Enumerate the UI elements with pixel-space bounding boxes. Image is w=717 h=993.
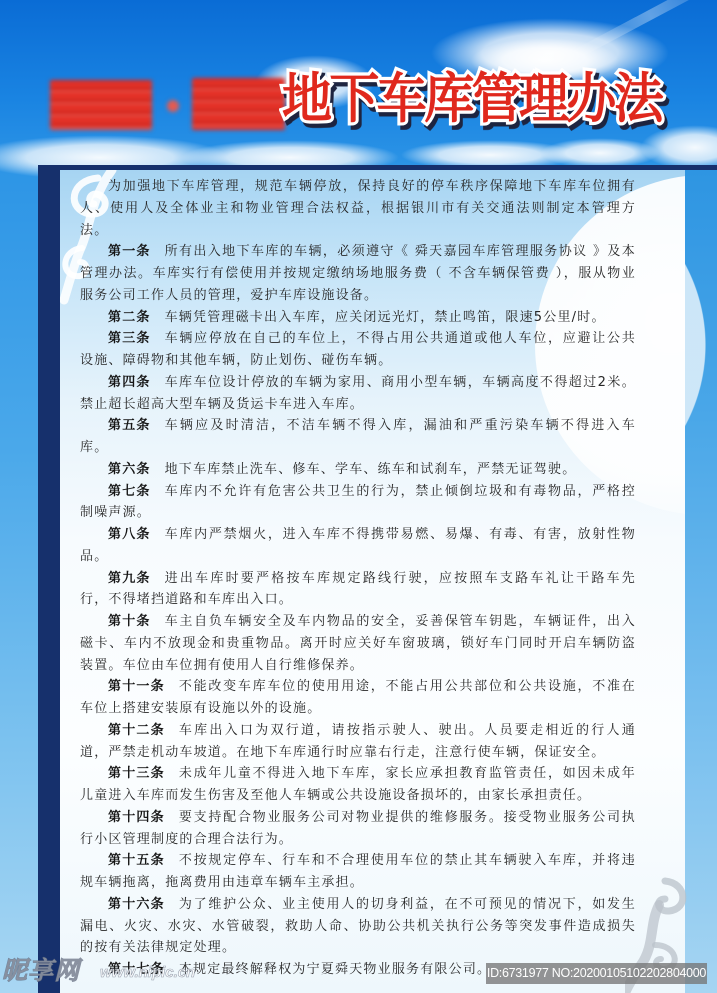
article-label: 第六条 xyxy=(108,459,151,481)
article-text: 不按规定停车、行车和不合理使用车位的禁止其车辆驶入车库，并将违 xyxy=(179,850,636,872)
article-paragraph: 第十六条为了维护公众、业主使用人的切身利益，在不可预见的情况下，如发生漏电、火灾… xyxy=(80,894,636,959)
article-text: 车库内严禁烟火，进入车库不得携带易燃、易爆、有毒、有害，放射性物 xyxy=(165,524,636,546)
article-first-line: 第十三条未成年儿童不得进入地下车库，家长应承担教育监管责任，如因未成年 xyxy=(80,763,636,785)
regulation-body: 为加强地下车库管理，规范车辆停放，保持良好的停车秩序保障地下车库车位拥有人、使用… xyxy=(80,176,636,981)
article-text: 车辆凭管理磁卡出入车库，应关闭远光灯，禁止鸣笛，限速5公里/时。 xyxy=(165,307,636,329)
article-first-line: 第二条车辆凭管理磁卡出入车库，应关闭远光灯，禁止鸣笛，限速5公里/时。 xyxy=(80,307,636,329)
article-paragraph: 第十二条车库出入口为双行道，请按指示驶人、驶出。人员要走相近的行人通道，严禁走机… xyxy=(80,720,636,764)
article-first-line: 第三条车辆应停放在自己的车位上，不得占用公共通道或他人车位，应避让公共 xyxy=(80,328,636,350)
article-text: 车库内不允许有危害公共卫生的行为，禁止倾倒垃圾和有毒物品，严格控 xyxy=(165,481,636,503)
article-line: 道，严禁走机动车坡道。在地下车库通行时应靠右行走，注意行使车辆，保证安全。 xyxy=(80,742,636,764)
article-text: 要支持配合物业服务公司对物业提供的维修服务。接受物业服务公司执 xyxy=(179,807,636,829)
article-first-line: 第十二条车库出入口为双行道，请按指示驶人、驶出。人员要走相近的行人通 xyxy=(80,720,636,742)
article-paragraph: 第九条进出车库时要严格按车库规定路线行驶，应按照车支路车礼让干路车先行，不得堵挡… xyxy=(80,568,636,612)
article-first-line: 第四条车库车位设计停放的车辆为家用、商用小型车辆，车辆高度不得超过2米。 xyxy=(80,372,636,394)
article-line: 规车辆拖离，拖离费用由违章车辆车主承担。 xyxy=(80,872,636,894)
article-line: 行小区管理制度的合理合法行为。 xyxy=(80,829,636,851)
article-first-line: 第七条车库内不允许有危害公共卫生的行为，禁止倾倒垃圾和有毒物品，严格控 xyxy=(80,481,636,503)
intro-paragraph: 为加强地下车库管理，规范车辆停放，保持良好的停车秩序保障地下车库车位拥有人、使用… xyxy=(80,176,636,241)
page-title: 地下车库管理办法 xyxy=(282,66,661,131)
redacted-name-block xyxy=(192,78,285,130)
article-line: 儿童进入车库而发生伤害及至他人车辆或公共设施设备损坏的，由家长承担责任。 xyxy=(80,785,636,807)
article-label: 第三条 xyxy=(108,328,151,350)
article-label: 第七条 xyxy=(108,481,151,503)
article-text: 车库车位设计停放的车辆为家用、商用小型车辆，车辆高度不得超过2米。 xyxy=(165,372,636,394)
article-line: 设施、障碍物和其他车辆，防止划伤、碰伤车辆。 xyxy=(80,350,636,372)
article-paragraph: 第六条地下车库禁止洗车、修车、学车、练车和试刹车，严禁无证驾驶。 xyxy=(80,459,636,481)
article-line: 库。 xyxy=(80,437,636,459)
article-first-line: 第五条车辆应及时清洁，不洁车辆不得入库，漏油和严重污染车辆不得进入车 xyxy=(80,415,636,437)
article-line: 的按有关法律规定处理。 xyxy=(80,937,636,959)
article-line: 制噪声源。 xyxy=(80,502,636,524)
article-label: 第十三条 xyxy=(108,763,165,785)
article-line: 品。 xyxy=(80,546,636,568)
article-label: 第四条 xyxy=(108,372,151,394)
article-label: 第一条 xyxy=(108,241,151,263)
article-text: 车辆应及时清洁，不洁车辆不得入库，漏油和严重污染车辆不得进入车 xyxy=(165,415,636,437)
article-text: 所有出入地下车库的车辆，必须遵守《 舜天嘉园车库管理服务协议 》及本 xyxy=(165,241,636,263)
redacted-name-block xyxy=(50,80,152,130)
article-paragraph: 第二条车辆凭管理磁卡出入车库，应关闭远光灯，禁止鸣笛，限速5公里/时。 xyxy=(80,307,636,329)
article-paragraph: 第十条车主自负车辆安全及车内物品的安全，妥善保管车钥匙，车辆证件，出入磁卡、车内… xyxy=(80,611,636,676)
article-label: 第十四条 xyxy=(108,807,165,829)
article-line: 车位上搭建安装原有设施以外的设施。 xyxy=(80,698,636,720)
article-first-line: 第九条进出车库时要严格按车库规定路线行驶，应按照车支路车礼让干路车先 xyxy=(80,568,636,590)
article-paragraph: 第一条所有出入地下车库的车辆，必须遵守《 舜天嘉园车库管理服务协议 》及本管理办… xyxy=(80,241,636,306)
article-label: 第十六条 xyxy=(108,894,165,916)
intro-line: 为加强地下车库管理，规范车辆停放，保持良好的停车秩序保障地下车库车位拥有 xyxy=(80,176,636,198)
article-text: 不能改变车库车位的使用用途，不能占用公共部位和公共设施，不准在 xyxy=(179,676,636,698)
article-paragraph: 第七条车库内不允许有危害公共卫生的行为，禁止倾倒垃圾和有毒物品，严格控制噪声源。 xyxy=(80,481,636,525)
article-text: 车主自负车辆安全及车内物品的安全，妥善保管车钥匙，车辆证件，出入 xyxy=(165,611,636,633)
article-text: 未成年儿童不得进入地下车库，家长应承担教育监管责任，如因未成年 xyxy=(179,763,636,785)
article-label: 第八条 xyxy=(108,524,151,546)
intro-line: 人、使用人及全体业主和物业管理合法权益，根据银川市有关交通法则制定本管理方 xyxy=(80,198,636,220)
article-line: 漏电、火灾、水灾、水管破裂，救助人命、协助公共机关执行公务等突发事件造成损失 xyxy=(80,916,636,938)
article-paragraph: 第三条车辆应停放在自己的车位上，不得占用公共通道或他人车位，应避让公共设施、障碍… xyxy=(80,328,636,372)
article-first-line: 第八条车库内严禁烟火，进入车库不得携带易燃、易爆、有毒、有害，放射性物 xyxy=(80,524,636,546)
article-label: 第九条 xyxy=(108,568,151,590)
article-label: 第十条 xyxy=(108,611,151,633)
article-label: 第十一条 xyxy=(108,676,165,698)
article-paragraph: 第四条车库车位设计停放的车辆为家用、商用小型车辆，车辆高度不得超过2米。禁止超长… xyxy=(80,372,636,416)
article-paragraph: 第十五条不按规定停车、行车和不合理使用车位的禁止其车辆驶入车库，并将违规车辆拖离… xyxy=(80,850,636,894)
article-text: 车库出入口为双行道，请按指示驶人、驶出。人员要走相近的行人通 xyxy=(179,720,636,742)
article-label: 第五条 xyxy=(108,415,151,437)
article-paragraph: 第八条车库内严禁烟火，进入车库不得携带易燃、易爆、有毒、有害，放射性物品。 xyxy=(80,524,636,568)
poster: 地下车库管理办法 为加强地下车库管理，规范车辆停放，保持良好的停车秩序保障地下车… xyxy=(0,0,717,993)
article-first-line: 第一条所有出入地下车库的车辆，必须遵守《 舜天嘉园车库管理服务协议 》及本 xyxy=(80,241,636,263)
article-line: 服务公司工作人员的管理，爱护车库设施设备。 xyxy=(80,285,636,307)
article-first-line: 第六条地下车库禁止洗车、修车、学车、练车和试刹车，严禁无证驾驶。 xyxy=(80,459,636,481)
article-label: 第十五条 xyxy=(108,850,165,872)
article-label: 第十二条 xyxy=(108,720,165,742)
cloud xyxy=(640,125,717,170)
redacted-separator-dot xyxy=(167,100,179,112)
article-line: 装置。车位由车位拥有使用人自行维修保养。 xyxy=(80,655,636,677)
article-line: 磁卡、车内不放现金和贵重物品。离开时应关好车窗玻璃，锁好车门同时开启车辆防盗 xyxy=(80,633,636,655)
article-paragraph: 第十四条要支持配合物业服务公司对物业提供的维修服务。接受物业服务公司执行小区管理… xyxy=(80,807,636,851)
image-id-label: ID:6731977 NO:20200105102202804000 xyxy=(486,963,707,984)
intro-line: 法。 xyxy=(80,220,636,242)
article-first-line: 第十条车主自负车辆安全及车内物品的安全，妥善保管车钥匙，车辆证件，出入 xyxy=(80,611,636,633)
article-line: 行，不得堵挡道路和车库出入口。 xyxy=(80,589,636,611)
article-label: 第二条 xyxy=(108,307,151,329)
article-line: 禁止超长超高大型车辆及货运卡车进入车库。 xyxy=(80,394,636,416)
article-text: 地下车库禁止洗车、修车、学车、练车和试刹车，严禁无证驾驶。 xyxy=(165,459,636,481)
article-paragraph: 第十三条未成年儿童不得进入地下车库，家长应承担教育监管责任，如因未成年儿童进入车… xyxy=(80,763,636,807)
article-text: 进出车库时要严格按车库规定路线行驶，应按照车支路车礼让干路车先 xyxy=(165,568,636,590)
watermark-url: www.nipic.cn xyxy=(100,962,195,984)
watermark-logo: 昵享网 xyxy=(2,955,80,987)
article-paragraph: 第五条车辆应及时清洁，不洁车辆不得入库，漏油和严重污染车辆不得进入车库。 xyxy=(80,415,636,459)
article-text: 车辆应停放在自己的车位上，不得占用公共通道或他人车位，应避让公共 xyxy=(165,328,636,350)
article-text: 为了维护公众、业主使用人的切身利益，在不可预见的情况下，如发生 xyxy=(179,894,636,916)
article-line: 管理办法。车库实行有偿使用并按规定缴纳场地服务费（ 不含车辆保管费 ），服从物业 xyxy=(80,263,636,285)
article-paragraph: 第十一条不能改变车库车位的使用用途，不能占用公共部位和公共设施，不准在车位上搭建… xyxy=(80,676,636,720)
decorative-circle xyxy=(685,180,717,510)
article-first-line: 第十一条不能改变车库车位的使用用途，不能占用公共部位和公共设施，不准在 xyxy=(80,676,636,698)
article-first-line: 第十四条要支持配合物业服务公司对物业提供的维修服务。接受物业服务公司执 xyxy=(80,807,636,829)
article-first-line: 第十六条为了维护公众、业主使用人的切身利益，在不可预见的情况下，如发生 xyxy=(80,894,636,916)
article-first-line: 第十五条不按规定停车、行车和不合理使用车位的禁止其车辆驶入车库，并将违 xyxy=(80,850,636,872)
